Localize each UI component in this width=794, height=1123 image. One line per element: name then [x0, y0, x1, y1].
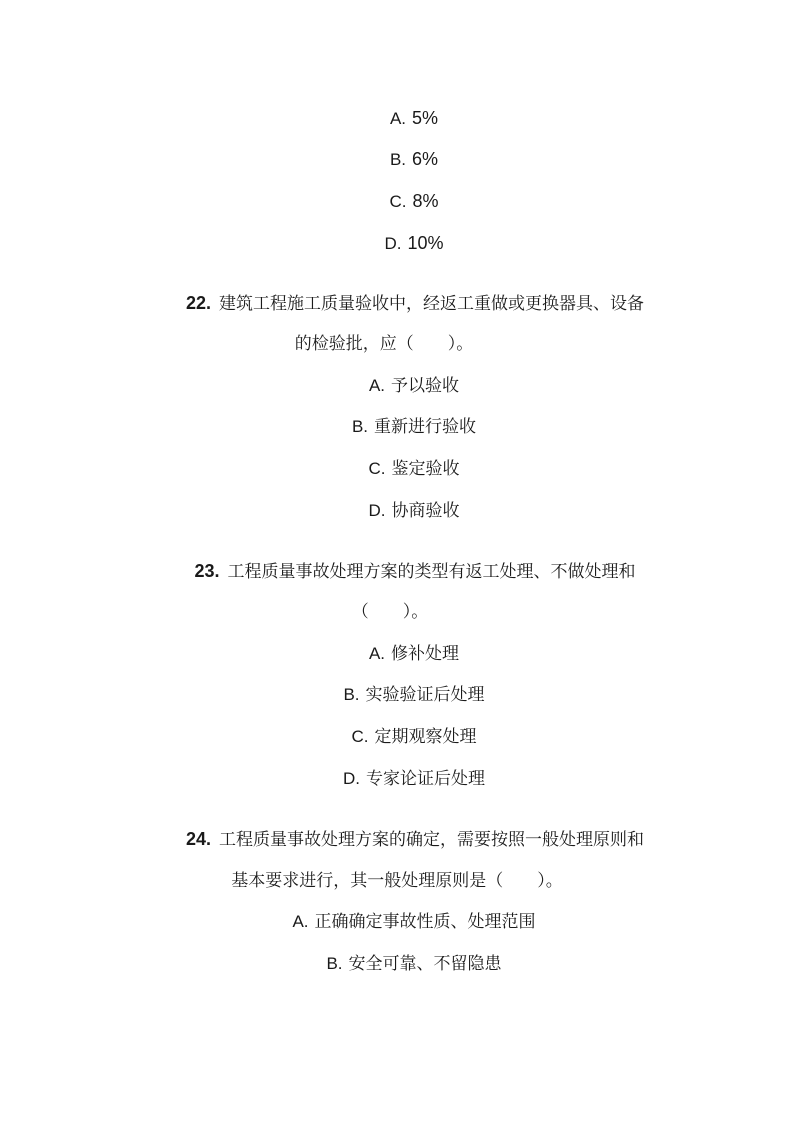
question-text: 建筑工程施工质量验收中，经返工重做或更换器具、设备: [219, 294, 644, 314]
question-text: 工程质量事故处理方案的类型有返工处理、不做处理和: [228, 562, 636, 582]
q23-option-c: C.定期观察处理: [17, 726, 794, 748]
option-text: 10%: [407, 233, 443, 253]
option-text: 8%: [412, 191, 438, 211]
option-text: 予以验收: [391, 376, 459, 396]
option-label: C.: [389, 192, 406, 211]
option-text: 实验验证后处理: [366, 685, 485, 705]
question-text: 基本要求进行，其一般处理原则是（ ）。: [231, 870, 563, 892]
option-label: C.: [369, 459, 386, 478]
option-label: A.: [390, 109, 406, 128]
q21-option-d: D.10%: [17, 232, 794, 255]
q23-stem-line-2: （ ）。: [0, 601, 787, 623]
q22-option-d: D.协商验收: [17, 500, 794, 522]
option-label: D.: [369, 501, 386, 520]
question-number: 24.: [186, 829, 211, 849]
option-text: 协商验收: [392, 501, 460, 521]
q24-stem-line-1: 24.工程质量事故处理方案的确定，需要按照一般处理原则和: [18, 828, 794, 851]
option-text: 正确确定事故性质、处理范围: [315, 912, 536, 932]
option-text: 修补处理: [391, 644, 459, 664]
q22-option-a: A.予以验收: [17, 375, 794, 397]
q21-option-c: C.8%: [17, 190, 794, 213]
q23-option-d: D.专家论证后处理: [17, 768, 794, 790]
question-number: 22.: [186, 293, 211, 313]
option-text: 6%: [412, 149, 438, 169]
option-label: D.: [343, 769, 360, 788]
q24-option-a: A.正确确定事故性质、处理范围: [17, 911, 794, 933]
option-label: D.: [384, 234, 401, 253]
question-text: （ ）。: [352, 601, 429, 623]
option-text: 定期观察处理: [375, 727, 477, 747]
option-label: B.: [390, 150, 406, 169]
option-label: A.: [369, 644, 385, 663]
q22-stem-line-2: 的检验批，应（ ）。: [0, 333, 781, 355]
option-label: B.: [326, 954, 342, 973]
q24-stem-line-2: 基本要求进行，其一般处理原则是（ ）。: [0, 870, 794, 892]
option-text: 重新进行验收: [374, 417, 476, 437]
q21-option-a: A.5%: [17, 107, 794, 130]
option-label: B.: [343, 685, 359, 704]
option-text: 安全可靠、不留隐患: [349, 954, 502, 974]
q21-option-b: B.6%: [17, 148, 794, 171]
q24-option-b: B.安全可靠、不留隐患: [17, 953, 794, 975]
option-label: A.: [292, 912, 308, 931]
q22-option-b: B.重新进行验收: [17, 416, 794, 438]
q23-option-a: A.修补处理: [17, 643, 794, 665]
option-label: C.: [352, 727, 369, 746]
question-text: 的检验批，应（ ）。: [295, 333, 474, 355]
option-text: 5%: [412, 108, 438, 128]
option-text: 专家论证后处理: [366, 769, 485, 789]
q23-option-b: B.实验验证后处理: [17, 684, 794, 706]
question-text: 工程质量事故处理方案的确定，需要按照一般处理原则和: [219, 830, 644, 850]
q23-stem-line-1: 23.工程质量事故处理方案的类型有返工处理、不做处理和: [18, 560, 794, 583]
q22-option-c: C.鉴定验收: [17, 458, 794, 480]
option-label: A.: [369, 376, 385, 395]
question-number: 23.: [194, 561, 219, 581]
q22-stem-line-1: 22.建筑工程施工质量验收中，经返工重做或更换器具、设备: [18, 292, 794, 315]
option-text: 鉴定验收: [392, 459, 460, 479]
option-label: B.: [352, 417, 368, 436]
